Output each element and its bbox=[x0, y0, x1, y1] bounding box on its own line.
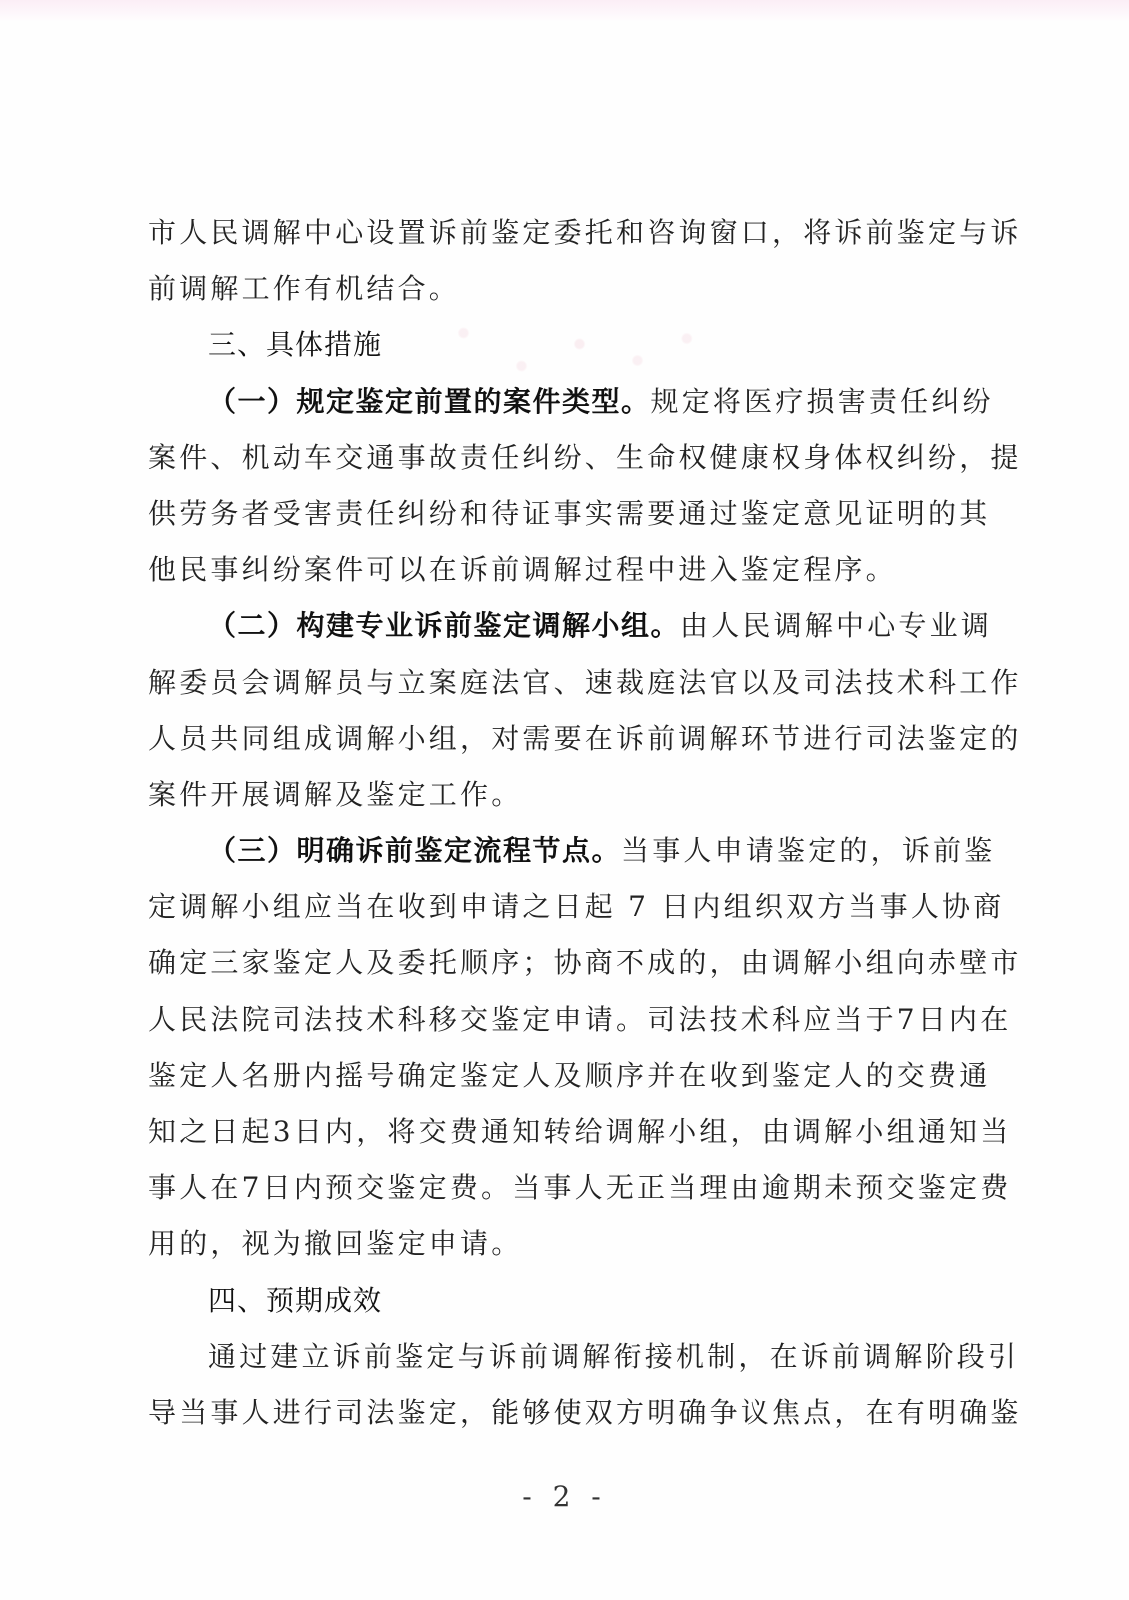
page-number: - 2 - bbox=[0, 1480, 1129, 1513]
section-heading-3: 三、具体措施 bbox=[148, 317, 988, 373]
paragraph-text: 规定将医疗损害责任纠纷 bbox=[651, 385, 994, 418]
paragraph-line: 导当事人进行司法鉴定，能够使双方明确争议焦点，在有明确鉴 bbox=[148, 1385, 988, 1441]
paragraph-line: 解委员会调解员与立案庭法官、速裁庭法官以及司法技术科工作 bbox=[148, 655, 988, 711]
paragraph-line: 市人民调解中心设置诉前鉴定委托和咨询窗口，将诉前鉴定与诉 bbox=[148, 205, 988, 261]
paragraph-line: 前调解工作有机结合。 bbox=[148, 261, 988, 317]
subsection-2-lead: （二）构建专业诉前鉴定调解小组。由人民调解中心专业调 bbox=[148, 598, 988, 654]
subsection-1-lead: （一）规定鉴定前置的案件类型。规定将医疗损害责任纠纷 bbox=[148, 374, 988, 430]
paragraph-line: 用的，视为撤回鉴定申请。 bbox=[148, 1216, 988, 1272]
paragraph-line: 案件、机动车交通事故责任纠纷、生命权健康权身体权纠纷，提 bbox=[148, 430, 988, 486]
paragraph-line: 供劳务者受害责任纠纷和待证事实需要通过鉴定意见证明的其 bbox=[148, 486, 988, 542]
paragraph-line: 鉴定人名册内摇号确定鉴定人及顺序并在收到鉴定人的交费通 bbox=[148, 1048, 988, 1104]
paragraph-line: 他民事纠纷案件可以在诉前调解过程中进入鉴定程序。 bbox=[148, 542, 988, 598]
paragraph-line: 定调解小组应当在收到申请之日起 7 日内组织双方当事人协商 bbox=[148, 879, 988, 935]
subsection-title: （二）构建专业诉前鉴定调解小组。 bbox=[208, 609, 680, 642]
paragraph-line: 知之日起3日内，将交费通知转给调解小组，由调解小组通知当 bbox=[148, 1104, 988, 1160]
paragraph-line: 确定三家鉴定人及委托顺序；协商不成的，由调解小组向赤壁市 bbox=[148, 935, 988, 991]
paragraph-line: 人员共同组成调解小组，对需要在诉前调解环节进行司法鉴定的 bbox=[148, 711, 988, 767]
subsection-title: （三）明确诉前鉴定流程节点。 bbox=[208, 834, 621, 867]
subsection-title: （一）规定鉴定前置的案件类型。 bbox=[208, 385, 651, 418]
paragraph-line: 事人在7日内预交鉴定费。当事人无正当理由逾期未预交鉴定费 bbox=[148, 1160, 988, 1216]
paragraph-line: 人民法院司法技术科移交鉴定申请。司法技术科应当于7日内在 bbox=[148, 992, 988, 1048]
paragraph-text: 由人民调解中心专业调 bbox=[680, 609, 992, 642]
section-heading-4: 四、预期成效 bbox=[148, 1273, 988, 1329]
subsection-3-lead: （三）明确诉前鉴定流程节点。当事人申请鉴定的，诉前鉴 bbox=[148, 823, 988, 879]
paragraph-line: 案件开展调解及鉴定工作。 bbox=[148, 767, 988, 823]
document-body: 市人民调解中心设置诉前鉴定委托和咨询窗口，将诉前鉴定与诉 前调解工作有机结合。 … bbox=[148, 205, 988, 1441]
scan-edge-tint bbox=[0, 0, 1129, 22]
paragraph-line: 通过建立诉前鉴定与诉前调解衔接机制，在诉前调解阶段引 bbox=[148, 1329, 988, 1385]
paragraph-text: 当事人申请鉴定的，诉前鉴 bbox=[621, 834, 995, 867]
